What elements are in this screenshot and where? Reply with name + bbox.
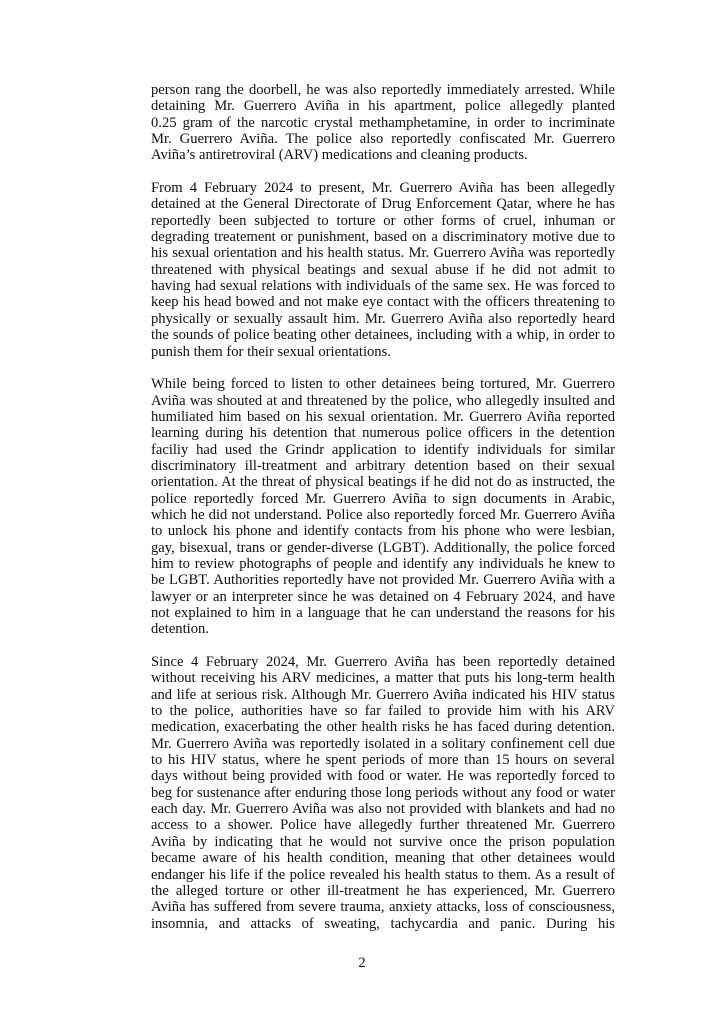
text-line: Aviña was shouted at and threatened by t…: [151, 393, 615, 409]
text-line: insomnia, and attacks of sweating, tachy…: [151, 916, 615, 932]
text-line: gay, bisexual, trans or gender-diverse (…: [151, 540, 615, 556]
text-line: Since 4 February 2024, Mr. Guerrero Aviñ…: [151, 654, 615, 670]
text-line: police reportedly forced Mr. Guerrero Av…: [151, 491, 615, 507]
text-line: lawyer or an interpreter since he was de…: [151, 589, 615, 605]
paragraph: While being forced to listen to other de…: [151, 376, 615, 638]
text-line: orientation. At the threat of physical b…: [151, 474, 615, 490]
document-page: person rang the doorbell, he was also re…: [0, 0, 724, 1023]
text-line: Mr. Guerrero Aviña was reportedly isolat…: [151, 736, 615, 752]
text-line: having had sexual relations with individ…: [151, 278, 615, 294]
text-line: him to review photographs of people and …: [151, 556, 615, 572]
text-line: without receiving his ARV medicines, a m…: [151, 670, 615, 686]
text-line: Aviña by indicating that he would not su…: [151, 834, 615, 850]
text-line: discriminatory ill-treatment and arbitra…: [151, 458, 615, 474]
body-text: person rang the doorbell, he was also re…: [151, 82, 615, 948]
text-line: keep his head bowed and not make eye con…: [151, 294, 615, 310]
text-line: the sounds of police beating other detai…: [151, 327, 615, 343]
text-line: While being forced to listen to other de…: [151, 376, 615, 392]
text-line: reportedly been subjected to torture or …: [151, 213, 615, 229]
text-line: detaining Mr. Guerrero Aviña in his apar…: [151, 98, 615, 114]
text-line: From 4 February 2024 to present, Mr. Gue…: [151, 180, 615, 196]
page-number: 2: [0, 955, 724, 972]
text-line: his sexual orientation and his health st…: [151, 245, 615, 261]
text-line: 0.25 gram of the narcotic crystal metham…: [151, 115, 615, 131]
text-line: medication, exacerbating the other healt…: [151, 719, 615, 735]
text-line: physically or sexually assault him. Mr. …: [151, 311, 615, 327]
text-line: days without being provided with food or…: [151, 768, 615, 784]
text-line: detention.: [151, 621, 615, 637]
text-line: became aware of his health condition, me…: [151, 850, 615, 866]
paragraph: person rang the doorbell, he was also re…: [151, 82, 615, 164]
text-line: be LGBT. Authorities reportedly have not…: [151, 572, 615, 588]
text-line: to the police, authorities have so far f…: [151, 703, 615, 719]
paragraph: Since 4 February 2024, Mr. Guerrero Aviñ…: [151, 654, 615, 932]
text-line: Aviña’s antiretroviral (ARV) medications…: [151, 147, 615, 163]
text-line: learning during his detention that numer…: [151, 425, 615, 441]
text-line: access to a shower. Police have allegedl…: [151, 817, 615, 833]
text-line: each day. Mr. Guerrero Aviña was also no…: [151, 801, 615, 817]
text-line: punish them for their sexual orientation…: [151, 344, 615, 360]
text-line: humiliated him based on his sexual orien…: [151, 409, 615, 425]
text-line: Aviña has suffered from severe trauma, a…: [151, 899, 615, 915]
text-line: beg for sustenance after enduring those …: [151, 785, 615, 801]
text-line: Mr. Guerrero Aviña. The police also repo…: [151, 131, 615, 147]
text-line: to unlock his phone and identify contact…: [151, 523, 615, 539]
text-line: detained at the General Directorate of D…: [151, 196, 615, 212]
text-line: which he did not understand. Police also…: [151, 507, 615, 523]
text-line: the alleged torture or other ill-treatme…: [151, 883, 615, 899]
paragraph: From 4 February 2024 to present, Mr. Gue…: [151, 180, 615, 360]
text-line: degrading treatement or punishment, base…: [151, 229, 615, 245]
text-line: to his HIV status, where he spent period…: [151, 752, 615, 768]
text-line: and life at serious risk. Although Mr. G…: [151, 687, 615, 703]
text-line: endanger his life if the police revealed…: [151, 867, 615, 883]
text-line: faciliy had used the Grindr application …: [151, 442, 615, 458]
text-line: not explained to him in a language that …: [151, 605, 615, 621]
text-line: threatened with physical beatings and se…: [151, 262, 615, 278]
text-line: person rang the doorbell, he was also re…: [151, 82, 615, 98]
